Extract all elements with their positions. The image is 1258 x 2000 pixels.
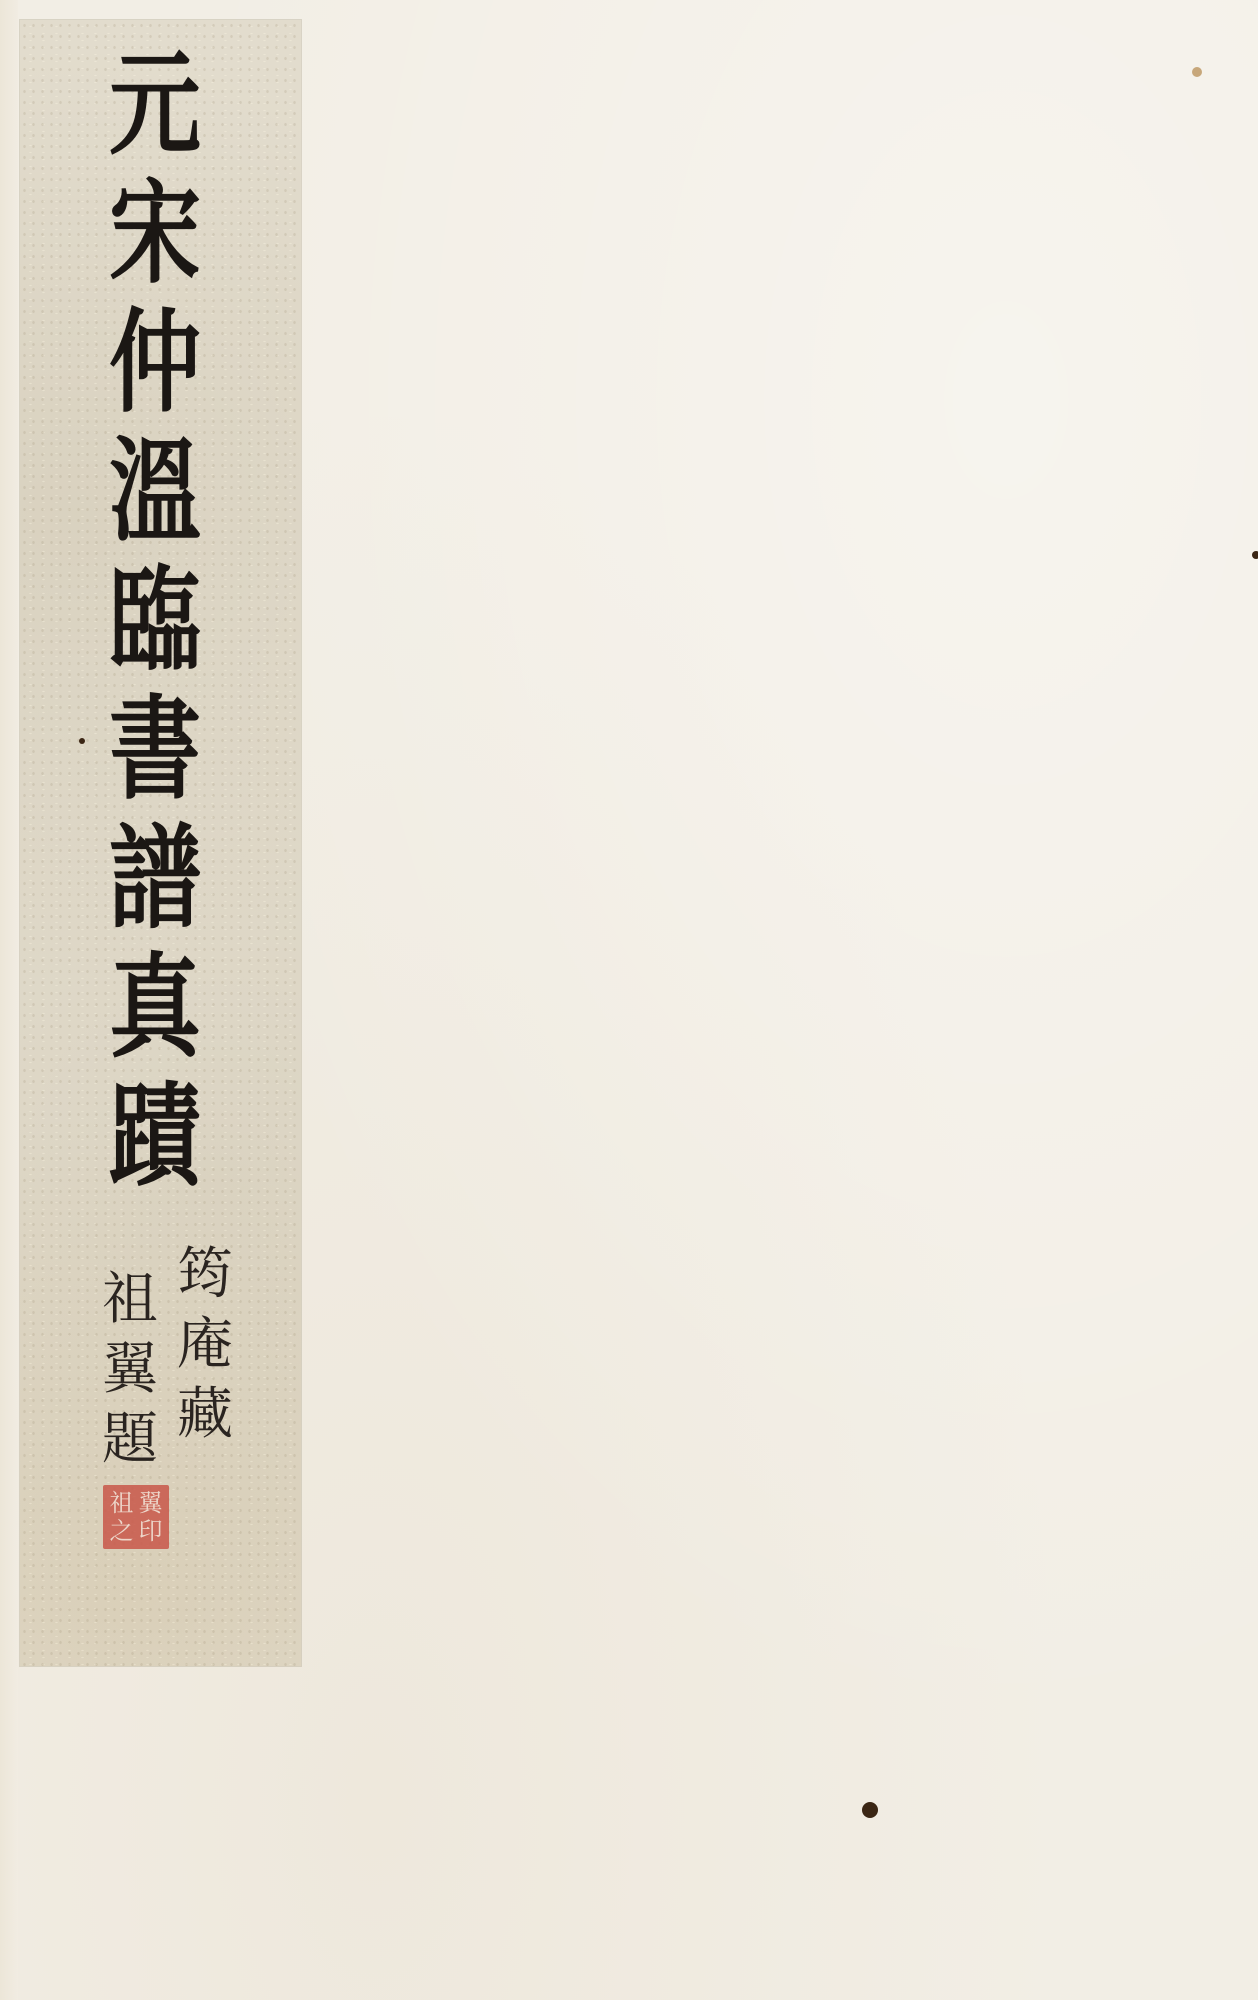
seal-char: 之: [107, 1517, 136, 1545]
inscription-char: 庵: [177, 1310, 233, 1380]
title-char: 臨: [109, 556, 201, 685]
page-fold-edge: [0, 0, 18, 2000]
signature-char: 翼: [102, 1335, 158, 1405]
seal-script-title: 元 宋 仲 溫 臨 書 譜 真 蹟: [80, 40, 230, 1201]
title-char: 宋: [109, 169, 201, 298]
signature-char: 祖: [102, 1265, 158, 1335]
album-cover-page: 元 宋 仲 溫 臨 書 譜 真 蹟 筠 庵 藏 祖 翼 題 祖 翼 之 印: [0, 0, 1258, 2000]
inscription-char: 筠: [177, 1240, 233, 1310]
title-char: 書: [109, 685, 201, 814]
title-char: 元: [109, 40, 201, 169]
right-edge-spot: [1252, 551, 1258, 559]
title-char: 仲: [109, 298, 201, 427]
seal-char: 祖: [107, 1489, 136, 1517]
title-char: 蹟: [109, 1072, 201, 1201]
seal-char: 翼: [136, 1489, 165, 1517]
large-dark-spot: [862, 1802, 878, 1818]
collector-inscription: 筠 庵 藏: [170, 1240, 240, 1450]
red-seal-stamp: 祖 翼 之 印: [103, 1485, 169, 1549]
title-char: 譜: [109, 814, 201, 943]
title-char: 真: [109, 943, 201, 1072]
seal-char: 印: [136, 1517, 165, 1545]
signature-char: 題: [102, 1405, 158, 1475]
small-faint-spot: [1192, 67, 1202, 77]
inscription-char: 藏: [177, 1380, 233, 1450]
title-char: 溫: [109, 427, 201, 556]
calligrapher-signature: 祖 翼 題: [95, 1265, 165, 1475]
